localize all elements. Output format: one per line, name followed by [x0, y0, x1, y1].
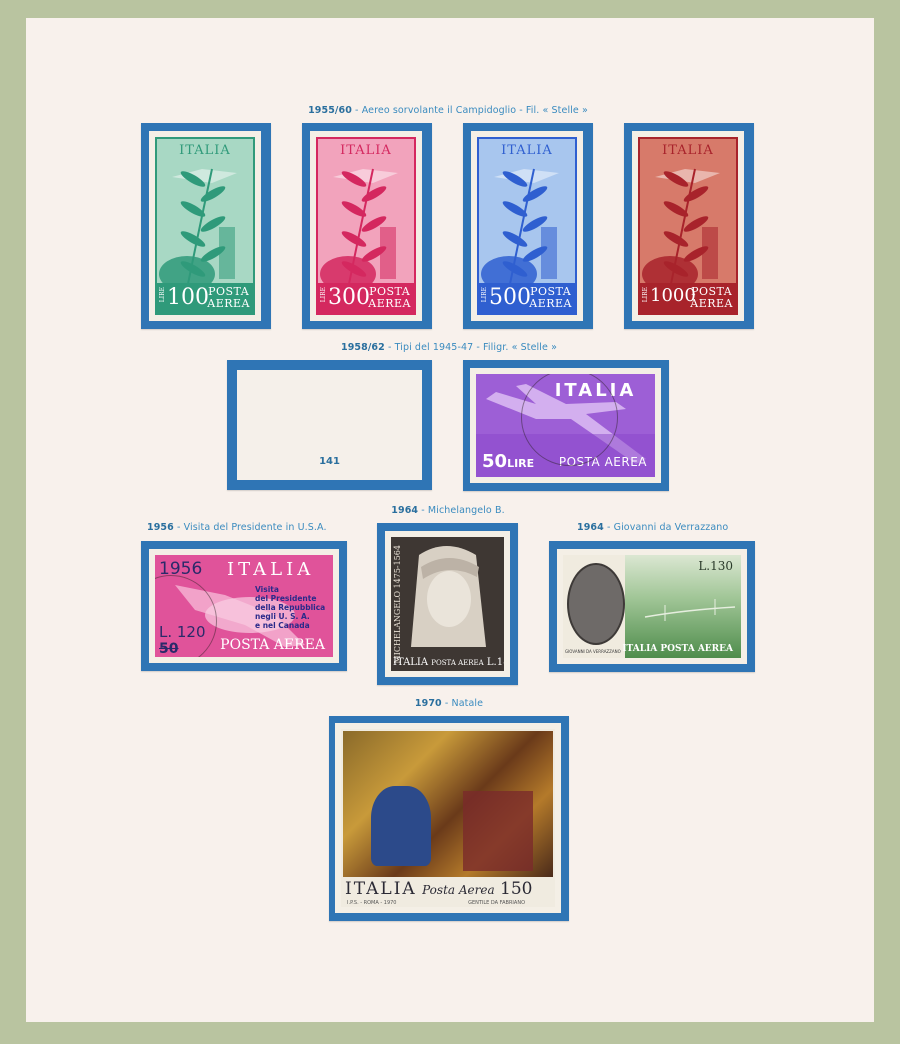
stamp-label: ITALIA POSTA AEREA [622, 644, 733, 654]
section-caption-1964-verrazzano: 1964 - Giovanni da Verrazzano [577, 522, 728, 533]
caption-year: 1958/62 [341, 342, 385, 353]
stamp-design: ITALIALIRE300POSTAAEREA [316, 137, 416, 315]
stamp-label: POSTAAEREA [207, 286, 250, 309]
stamp-label: POSTA AEREA [220, 637, 325, 653]
empty-stamp-slot: 141 [237, 370, 422, 480]
stamp-design: ITALIA 50LIRE POSTA AEREA [476, 374, 655, 477]
stamp-verrazzano[interactable]: L.130 GIOVANNI DA VERRAZZANO ITALIA POST… [557, 549, 747, 664]
stamp-frame-verrazzano[interactable]: L.130 GIOVANNI DA VERRAZZANO ITALIA POST… [549, 541, 755, 672]
adoration-painting [343, 731, 553, 877]
caption-year: 1970 [415, 698, 442, 709]
page-perforation-bottom [26, 1015, 874, 1029]
stamp-frame-100[interactable]: ITALIALIRE100POSTAAEREA [141, 123, 271, 329]
section-caption-1970: 1970 - Natale [415, 698, 483, 709]
section-caption-1958: 1958/62 - Tipi del 1945-47 - Filigr. « S… [341, 342, 557, 353]
stamp-label: POSTAAEREA [529, 286, 572, 309]
stamp-currency: LIRE [320, 287, 327, 302]
stamp-value: L.130 [698, 559, 733, 573]
stamp-country: ITALIA [318, 143, 414, 158]
empty-stamp-frame[interactable]: 141 [227, 360, 432, 490]
stamp-design: ITALIALIRE100POSTAAEREA [155, 137, 255, 315]
stamp-label: POSTAAEREA [690, 286, 733, 309]
caption-year: 1955/60 [308, 105, 352, 116]
caption-title: - Natale [442, 698, 483, 709]
stamp-frame-michelangelo[interactable]: MICHELANGELO 1475-1564 ITALIA POSTA AERE… [377, 523, 518, 685]
side-text: MICHELANGELO 1475-1564 [393, 545, 402, 663]
stamp-500-lire[interactable]: ITALIALIRE500POSTAAEREA [471, 131, 583, 321]
verrazzano-portrait [567, 563, 625, 645]
stamp-100-lire[interactable]: ITALIALIRE100POSTAAEREA [149, 131, 261, 321]
stamp-1000-lire[interactable]: ITALIALIRE1000POSTAAEREA [632, 131, 744, 321]
caption-year: 1964 [391, 505, 418, 516]
stamp-value: 50LIRE [482, 453, 534, 471]
stamp-value: 500 [489, 287, 531, 309]
stamp-currency: LIRE [642, 287, 649, 302]
stamp-label: POSTAAEREA [368, 286, 411, 309]
stamp-300-lire[interactable]: ITALIALIRE300POSTAAEREA [310, 131, 422, 321]
section-caption-1955: 1955/60 - Aereo sorvolante il Campidogli… [308, 105, 588, 116]
page-perforation-top [26, 11, 874, 25]
stamp-frame-50[interactable]: ITALIA 50LIRE POSTA AEREA [463, 360, 669, 491]
overprint-text: Visita del Presidente della Repubblica n… [255, 585, 325, 630]
stamp-design: 1956 ITALIA Visita del Presidente della … [155, 555, 333, 657]
stamp-design: L.130 GIOVANNI DA VERRAZZANO ITALIA POST… [563, 555, 741, 658]
stamp-footer: ITALIA POSTA AEREA L.185 [393, 657, 504, 668]
section-caption-1964-michelangelo: 1964 - Michelangelo B. [391, 505, 504, 516]
stamp-country: ITALIA [640, 143, 736, 158]
portrait-caption: GIOVANNI DA VERRAZZANO [565, 649, 621, 654]
stamp-design: ITALIALIRE1000POSTAAEREA [638, 137, 738, 315]
stamp-value: 1000 [650, 287, 696, 305]
section-caption-1956: 1956 - Visita del Presidente in U.S.A. [147, 522, 327, 533]
stamp-design: ITALIALIRE500POSTAAEREA [477, 137, 577, 315]
stamp-footer: ITALIA Posta Aerea 150 [345, 879, 532, 899]
stamp-country: ITALIA [479, 143, 575, 158]
artist-imprint: GENTILE DA FABRIANO [468, 900, 525, 906]
caption-title: - Aereo sorvolante il Campidoglio - Fil.… [352, 105, 588, 116]
stamp-frame-1956[interactable]: 1956 ITALIA Visita del Presidente della … [141, 541, 347, 671]
caption-year: 1956 [147, 522, 174, 533]
stamp-value-band: LIRE500POSTAAEREA [479, 283, 575, 313]
caption-title: - Tipi del 1945-47 - Filigr. « Stelle » [385, 342, 557, 353]
madonna-figure [371, 786, 431, 866]
caption-title: - Giovanni da Verrazzano [604, 522, 729, 533]
olive-branch-tower-icon [157, 139, 253, 299]
caption-title: - Michelangelo B. [418, 505, 505, 516]
madonna-portrait [391, 537, 504, 671]
stamp-country: ITALIA [227, 559, 314, 580]
stamp-michelangelo[interactable]: MICHELANGELO 1475-1564 ITALIA POSTA AERE… [385, 531, 510, 677]
stamp-value-band: LIRE1000POSTAAEREA [640, 283, 736, 313]
magi-figure [463, 791, 533, 871]
stamp-country: ITALIA [157, 143, 253, 158]
printer-imprint: I.P.S. - ROMA - 1970 [347, 900, 397, 906]
catalog-number: 141 [237, 456, 422, 467]
olive-branch-tower-icon [318, 139, 414, 299]
stamp-design: MICHELANGELO 1475-1564 ITALIA POSTA AERE… [391, 537, 504, 671]
caption-title: - Visita del Presidente in U.S.A. [174, 522, 327, 533]
stamp-natale-1970[interactable]: ITALIA Posta Aerea 150 I.P.S. - ROMA - 1… [335, 723, 561, 913]
stamp-value: 100 [167, 287, 209, 309]
stamp-design: ITALIA Posta Aerea 150 I.P.S. - ROMA - 1… [341, 729, 555, 907]
stamp-1956-visita[interactable]: 1956 ITALIA Visita del Presidente della … [149, 549, 339, 663]
stamp-currency: LIRE [159, 287, 166, 302]
stamp-value-band: LIRE300POSTAAEREA [318, 283, 414, 313]
olive-branch-tower-icon [640, 139, 736, 299]
stamp-currency: LIRE [481, 287, 488, 302]
stamp-value: 300 [328, 287, 370, 309]
page-perforation-left [19, 18, 33, 1022]
stamp-value-band: LIRE100POSTAAEREA [157, 283, 253, 313]
caption-year: 1964 [577, 522, 604, 533]
olive-branch-tower-icon [479, 139, 575, 299]
stamp-frame-1000[interactable]: ITALIALIRE1000POSTAAEREA [624, 123, 754, 329]
stamp-frame-500[interactable]: ITALIALIRE500POSTAAEREA [463, 123, 593, 329]
stamp-50-lire[interactable]: ITALIA 50LIRE POSTA AEREA [470, 368, 661, 483]
stamp-frame-300[interactable]: ITALIALIRE300POSTAAEREA [302, 123, 432, 329]
page-perforation-right [867, 18, 881, 1022]
stamp-frame-natale[interactable]: ITALIA Posta Aerea 150 I.P.S. - ROMA - 1… [329, 716, 569, 921]
